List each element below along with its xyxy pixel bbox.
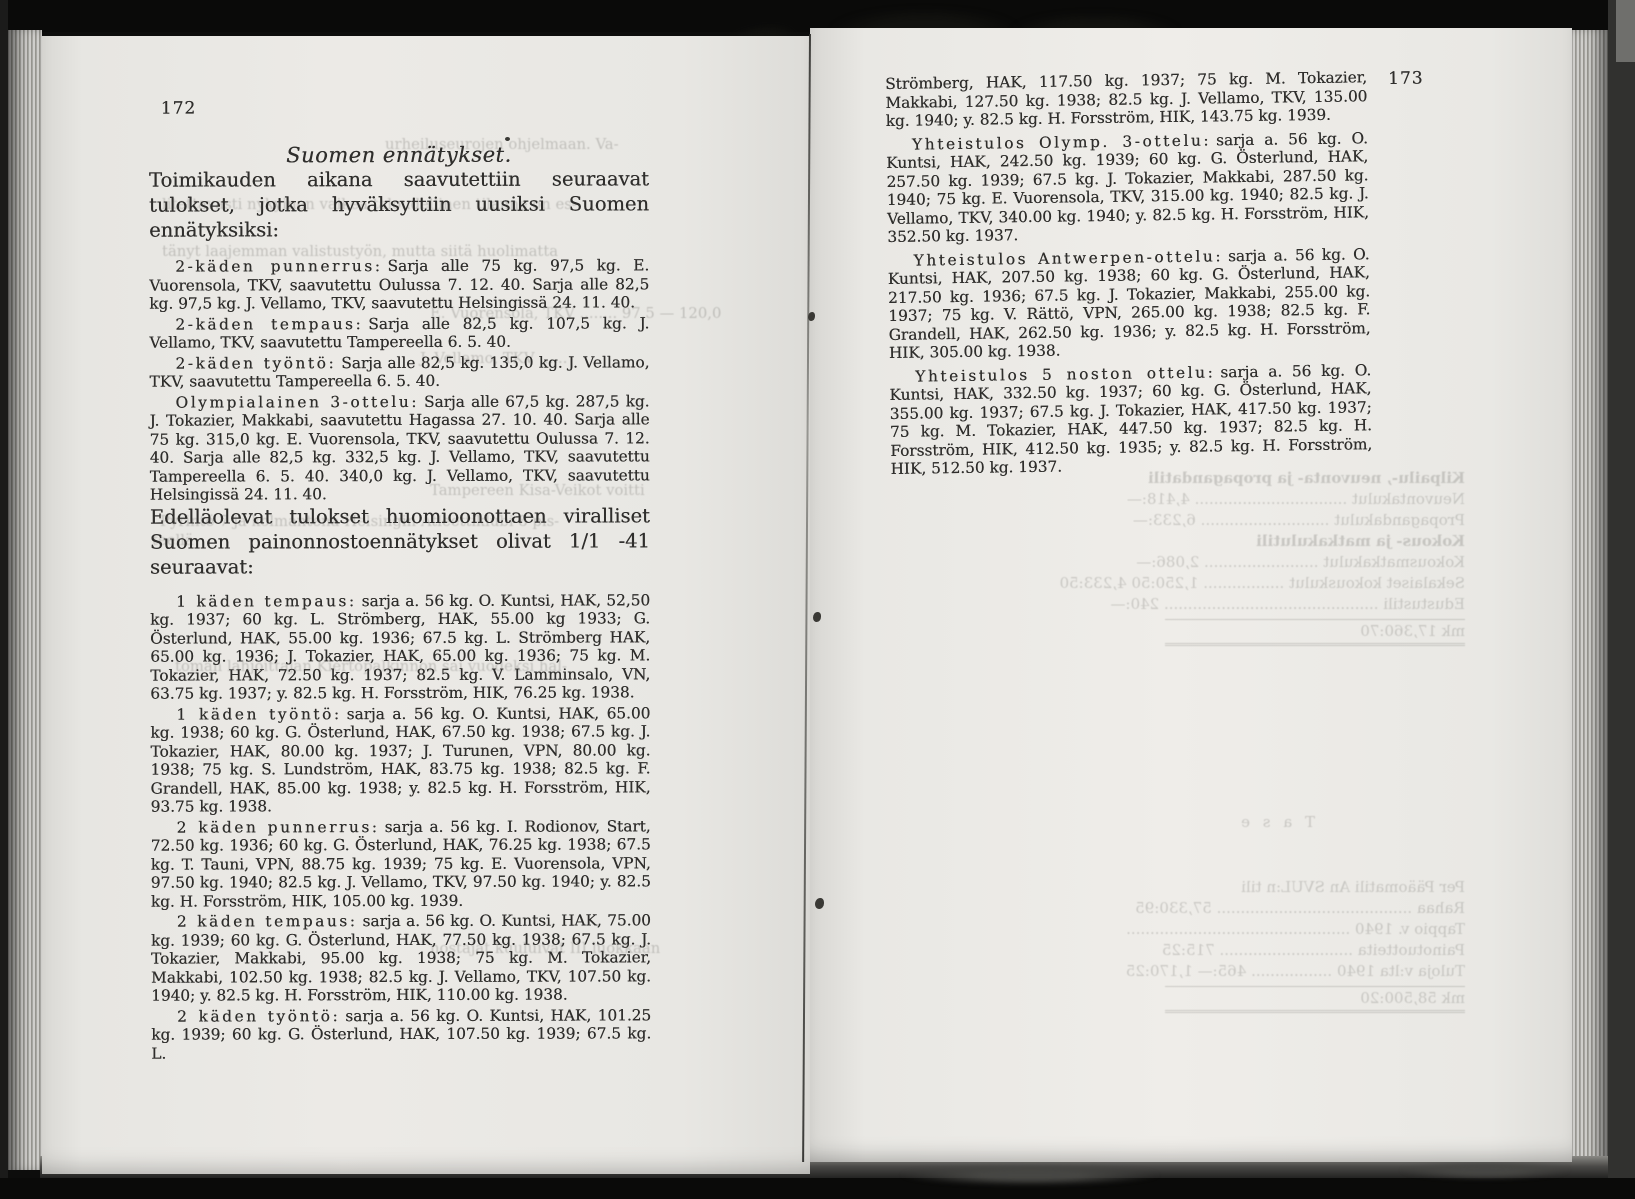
scan-artifact (900, 1164, 1160, 1186)
record-category: 2 käden työntö: (177, 1007, 340, 1025)
record-category: 2-käden punnerrus: (175, 257, 382, 276)
record-category: 2-käden työntö: (175, 354, 336, 372)
bleedthrough-account-block: Kilpailu-, neuvonta- ja propagandatiliNe… (885, 468, 1465, 646)
cover-highlight (1616, 0, 1635, 62)
bleedthrough-text: T a s e (885, 812, 1315, 833)
record-paragraph: Yhteistulos Olymp. 3-ottelu:sarja a. 56 … (886, 129, 1370, 247)
record-paragraph: 2 käden punnerrus:sarja a. 56 kg. I. Rod… (151, 817, 651, 911)
intro-paragraph: Toimikauden aikana saavutettiin seuraava… (149, 166, 649, 242)
bleedthrough-text: mk 58,500:20 (1165, 986, 1465, 1013)
left-page: urheiluseurojen ohjelmaan. Va-litettavas… (42, 36, 810, 1174)
totals-records-list: Yhteistulos Olymp. 3-ottelu:sarja a. 56 … (886, 129, 1373, 479)
book-bottom-cover (0, 1178, 1635, 1199)
page-title: Suomen ennätykset. (149, 142, 649, 167)
record-category: 2 käden punnerrus: (177, 818, 380, 837)
record-category: Olympialainen 3-ottelu: (176, 392, 419, 411)
record-paragraph: 2 käden työntö:sarja a. 56 kg. O. Kuntsi… (151, 1006, 651, 1063)
record-paragraph: Yhteistulos 5 noston ottelu:sarja a. 56 … (889, 361, 1373, 479)
bleedthrough-text: Kokousmatkakulut .......................… (885, 552, 1465, 573)
record-paragraph: 2-käden punnerrus:Sarja alle 75 kg. 97,5… (149, 256, 649, 313)
record-paragraph: 2-käden työntö:Sarja alle 82,5 kg. 135,0… (149, 353, 649, 391)
bleedthrough-text: Sekalaiset kokouskulut .................… (885, 573, 1465, 594)
record-category: 1 käden työntö: (176, 705, 341, 723)
book-left-cover (0, 0, 8, 1199)
record-category: 2-käden tempaus: (175, 315, 363, 333)
bleedthrough-text: mk 17,360:70 (1165, 619, 1465, 646)
bleedthrough-text: Tappio v. 1940 .........................… (885, 919, 1465, 940)
page-number: 172 (161, 99, 197, 119)
book-scan: { "left_page": { "page_number": "172", "… (0, 0, 1635, 1199)
scan-artifact (1400, 1160, 1570, 1180)
record-paragraph: 2-käden tempaus:Sarja alle 82,5 kg. 107,… (149, 314, 649, 352)
book-right-cover (1608, 0, 1635, 1199)
bleedthrough-text: Propagandakulut ........................… (885, 510, 1465, 531)
right-page: Kilpailu-, neuvonta- ja propagandatiliNe… (810, 28, 1572, 1162)
record-paragraph: Olympialainen 3-ottelu:Sarja alle 67,5 k… (150, 392, 650, 504)
bleedthrough-text: Kokous- ja matkakulutili (885, 531, 1465, 552)
record-category: 2 käden tempaus: (177, 912, 358, 930)
continuation-paragraph: Strömberg, HAK, 117.50 kg. 1937; 75 kg. … (885, 68, 1368, 130)
scan-speck (505, 137, 510, 141)
record-paragraph: 1 käden työntö:sarja a. 56 kg. O. Kuntsi… (150, 704, 650, 816)
record-paragraph: 2 käden tempaus:sarja a. 56 kg. O. Kunts… (151, 911, 651, 1005)
page-number: 173 (1388, 68, 1424, 88)
bleedthrough-text: Neuvontakulut ..........................… (885, 489, 1465, 510)
record-paragraph: Yhteistulos Antwerpen-ottelu:sarja a. 56… (887, 245, 1371, 363)
record-category: 1 käden tempaus: (176, 592, 357, 610)
page-edge-stack-left (8, 30, 42, 1170)
bleedthrough-text: Rahaa ..................................… (885, 898, 1465, 919)
official-records-list: 1 käden tempaus:sarja a. 56 kg. O. Kunts… (150, 591, 651, 1063)
bleedthrough-text: Edustustili ............................… (885, 594, 1465, 615)
bleedthrough-text: Tuloja v:lta 1940 ................. 465:… (885, 961, 1465, 982)
page-edge-stack-right (1572, 30, 1608, 1170)
right-page-content: 173 Strömberg, HAK, 117.50 kg. 1937; 75 … (885, 68, 1373, 478)
bleedthrough-text: Painotuotteita .........................… (885, 940, 1465, 961)
bleedthrough-balance-block: T a s ePer Pääomatili An SVUL:n tiliRaha… (885, 812, 1465, 1013)
left-page-content: 172 Suomen ennätykset. Toimikauden aikan… (149, 95, 652, 1062)
interlude-paragraph: Edelläolevat tulokset huomioonottaen vir… (150, 503, 650, 579)
record-paragraph: 1 käden tempaus:sarja a. 56 kg. O. Kunts… (150, 591, 650, 703)
bleedthrough-text: Per Pääomatili An SVUL:n tili (885, 877, 1465, 898)
new-records-list: 2-käden punnerrus:Sarja alle 75 kg. 97,5… (149, 256, 650, 504)
